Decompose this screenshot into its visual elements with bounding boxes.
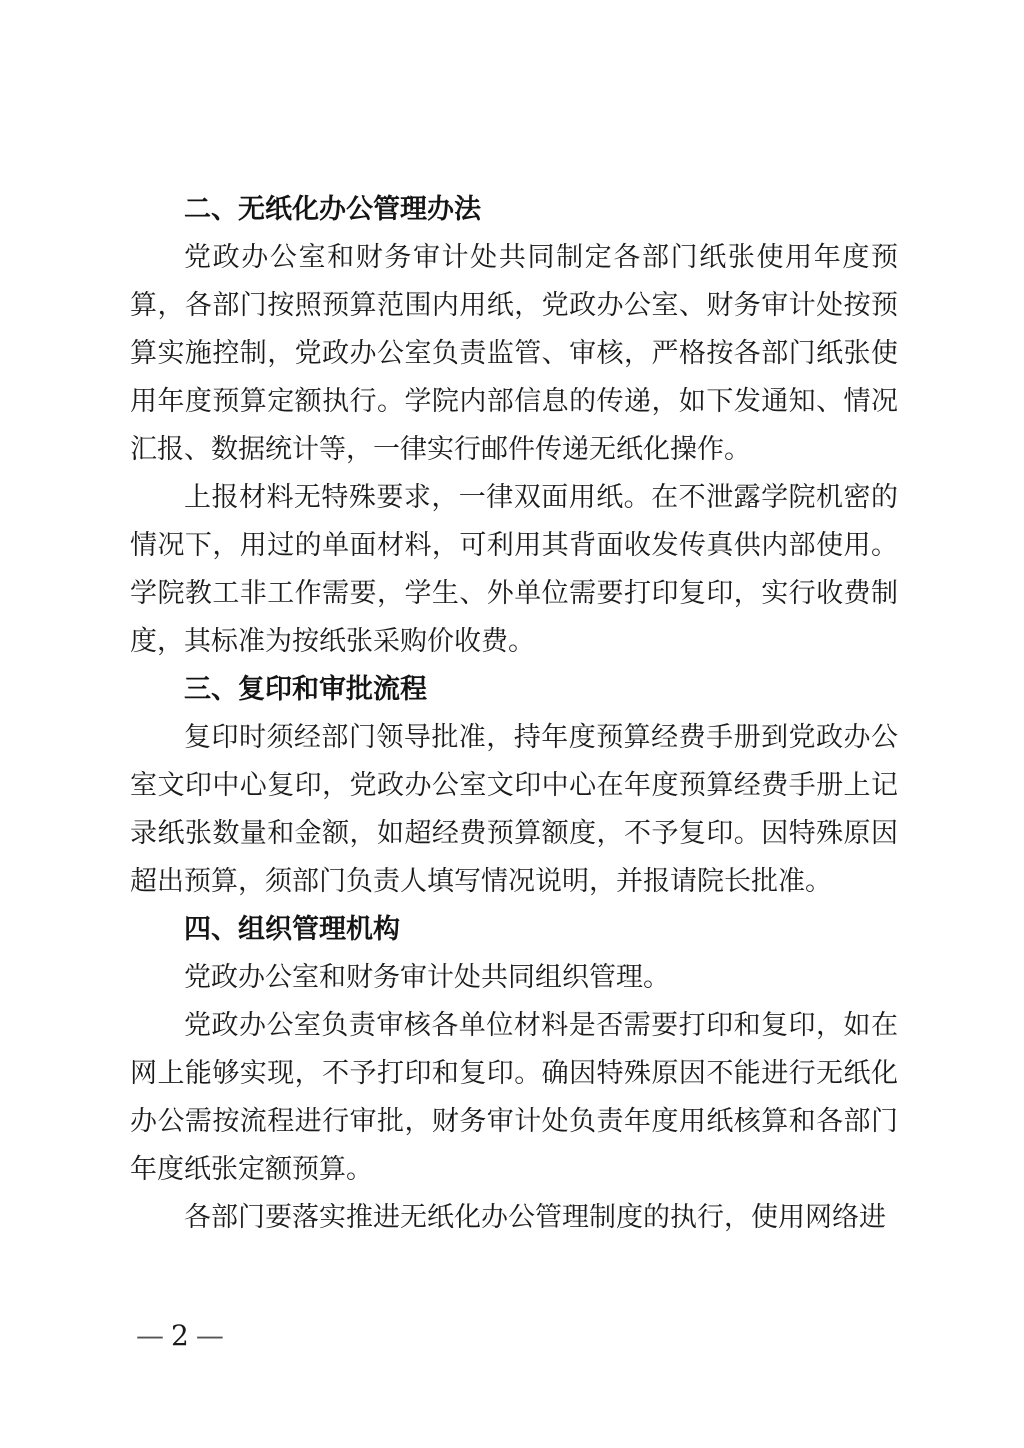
page-number: 2: [171, 1320, 189, 1352]
body-paragraph: 复印时须经部门领导批准，持年度预算经费手册到党政办公室文印中心复印，党政办公室文…: [130, 713, 898, 905]
footer-dash-left: —: [136, 1320, 164, 1352]
section-heading: 三、复印和审批流程: [130, 665, 898, 713]
body-paragraph: 各部门要落实推进无纸化办公管理制度的执行，使用网络进: [130, 1193, 898, 1241]
body-paragraph: 党政办公室和财务审计处共同组织管理。: [130, 953, 898, 1001]
body-paragraph: 上报材料无特殊要求，一律双面用纸。在不泄露学院机密的情况下，用过的单面材料，可利…: [130, 473, 898, 665]
section-heading: 四、组织管理机构: [130, 905, 898, 953]
document-body: 二、无纸化办公管理办法党政办公室和财务审计处共同制定各部门纸张使用年度预算，各部…: [130, 185, 898, 1241]
body-paragraph: 党政办公室负责审核各单位材料是否需要打印和复印，如在网上能够实现，不予打印和复印…: [130, 1001, 898, 1193]
page-footer: — 2 —: [136, 1320, 224, 1352]
footer-dash-right: —: [196, 1320, 224, 1352]
body-paragraph: 党政办公室和财务审计处共同制定各部门纸张使用年度预算，各部门按照预算范围内用纸，…: [130, 233, 898, 473]
document-page: 二、无纸化办公管理办法党政办公室和财务审计处共同制定各部门纸张使用年度预算，各部…: [0, 0, 1024, 1448]
section-heading: 二、无纸化办公管理办法: [130, 185, 898, 233]
